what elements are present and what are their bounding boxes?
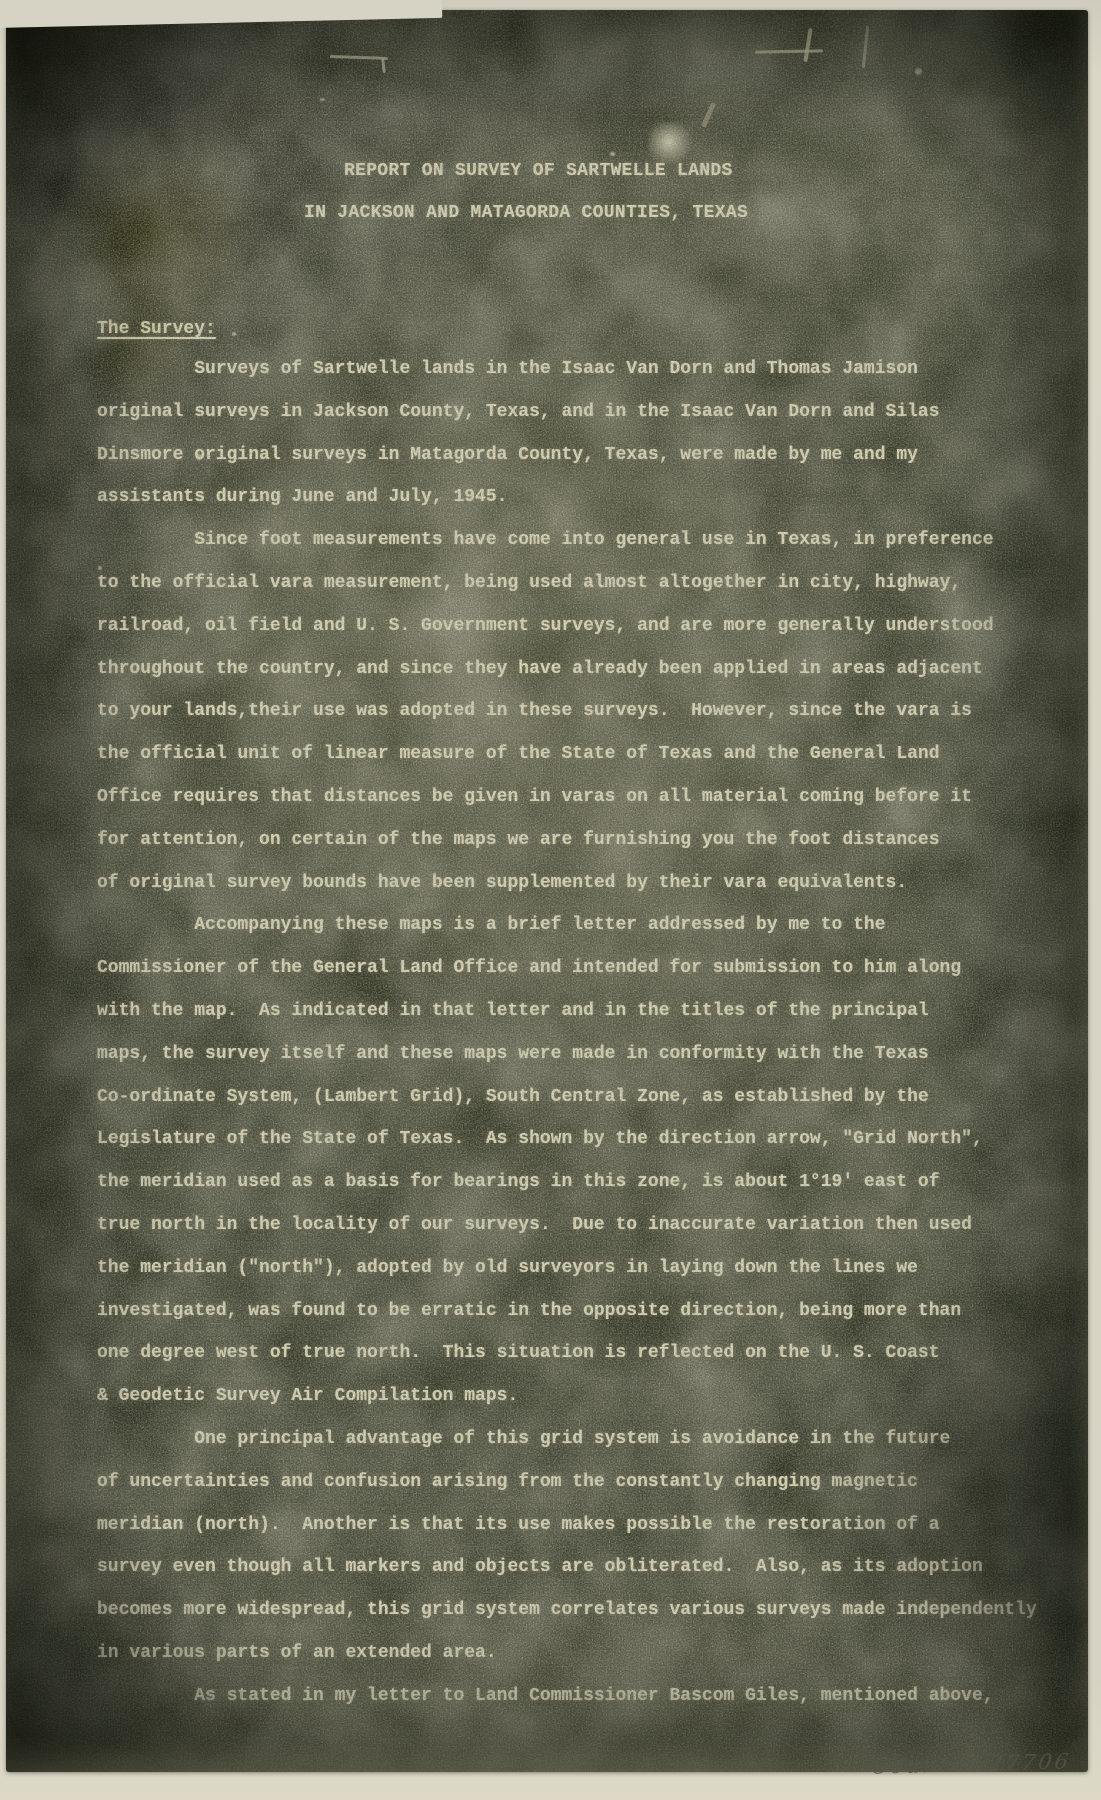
typed-line: the official unit of linear measure of t… (97, 733, 1037, 776)
typed-line: true north in the locality of our survey… (97, 1204, 1037, 1247)
dust-speck (610, 152, 615, 156)
typed-line: Office requires that distances be given … (97, 776, 1037, 819)
document-title-line-2: IN JACKSON AND MATAGORDA COUNTIES, TEXAS (304, 202, 748, 224)
typed-line: railroad, oil field and U. S. Government… (97, 605, 1037, 648)
dust-speck (915, 68, 922, 75)
typed-line: Commissioner of the General Land Office … (97, 947, 1037, 990)
typed-line: Surveys of Sartwelle lands in the Isaac … (97, 348, 1037, 391)
typed-line: original surveys in Jackson County, Texa… (97, 391, 1037, 434)
typed-line: for attention, on certain of the maps we… (97, 819, 1037, 862)
typed-line: Since foot measurements have come into g… (97, 519, 1037, 562)
typed-line: the meridian used as a basis for bearing… (97, 1161, 1037, 1204)
typed-line: Co-ordinate System, (Lambert Grid), Sout… (97, 1076, 1037, 1119)
section-heading: The Survey: (97, 317, 216, 341)
scratch-mark (701, 102, 716, 128)
photostat-page: REPORT ON SURVEY OF SARTWELLE LANDS IN J… (6, 10, 1088, 1772)
typed-line: becomes more widespread, this grid syste… (97, 1589, 1037, 1632)
typed-line: survey even though all markers and objec… (97, 1546, 1037, 1589)
typed-line: throughout the country, and since they h… (97, 648, 1037, 691)
typed-line: Accompanying these maps is a brief lette… (97, 904, 1037, 947)
typed-body: Surveys of Sartwelle lands in the Isaac … (97, 348, 1037, 1718)
typed-line: with the map. As indicated in that lette… (97, 990, 1037, 1033)
typed-line: of original survey bounds have been supp… (97, 862, 1037, 905)
dust-speck (232, 332, 236, 336)
typed-line: One principal advantage of this grid sys… (97, 1418, 1037, 1461)
typed-line: investigated, was found to be erratic in… (97, 1290, 1037, 1333)
typed-line: in various parts of an extended area. (97, 1632, 1037, 1675)
scratch-mark (862, 26, 869, 68)
handwritten-number: Counter 27706 (870, 1749, 1073, 1779)
typed-line: Dinsmore original surveys in Matagorda C… (97, 434, 1037, 477)
scan-backing: REPORT ON SURVEY OF SARTWELLE LANDS IN J… (0, 0, 1101, 1800)
typed-line: of uncertainties and confusion arising f… (97, 1461, 1037, 1504)
typed-line: assistants during June and July, 1945. (97, 476, 1037, 519)
typed-line: & Geodetic Survey Air Compilation maps. (97, 1375, 1037, 1418)
document-title-line-1: REPORT ON SURVEY OF SARTWELLE LANDS (344, 160, 733, 182)
typed-line: to your lands,their use was adopted in t… (97, 690, 1037, 733)
typed-line: maps, the survey itself and these maps w… (97, 1033, 1037, 1076)
typed-line: Legislature of the State of Texas. As sh… (97, 1118, 1037, 1161)
typed-line: one degree west of true north. This situ… (97, 1332, 1037, 1375)
typed-line: to the official vara measurement, being … (97, 562, 1037, 605)
scratch-mark (381, 58, 386, 73)
typed-line: meridian (north). Another is that its us… (97, 1504, 1037, 1547)
typed-line: As stated in my letter to Land Commissio… (97, 1675, 1037, 1718)
typed-line: the meridian ("north"), adopted by old s… (97, 1247, 1037, 1290)
scratch-mark (755, 49, 823, 53)
scratch-mark (803, 28, 812, 62)
scratch-mark (330, 55, 388, 60)
dust-speck (320, 98, 325, 101)
